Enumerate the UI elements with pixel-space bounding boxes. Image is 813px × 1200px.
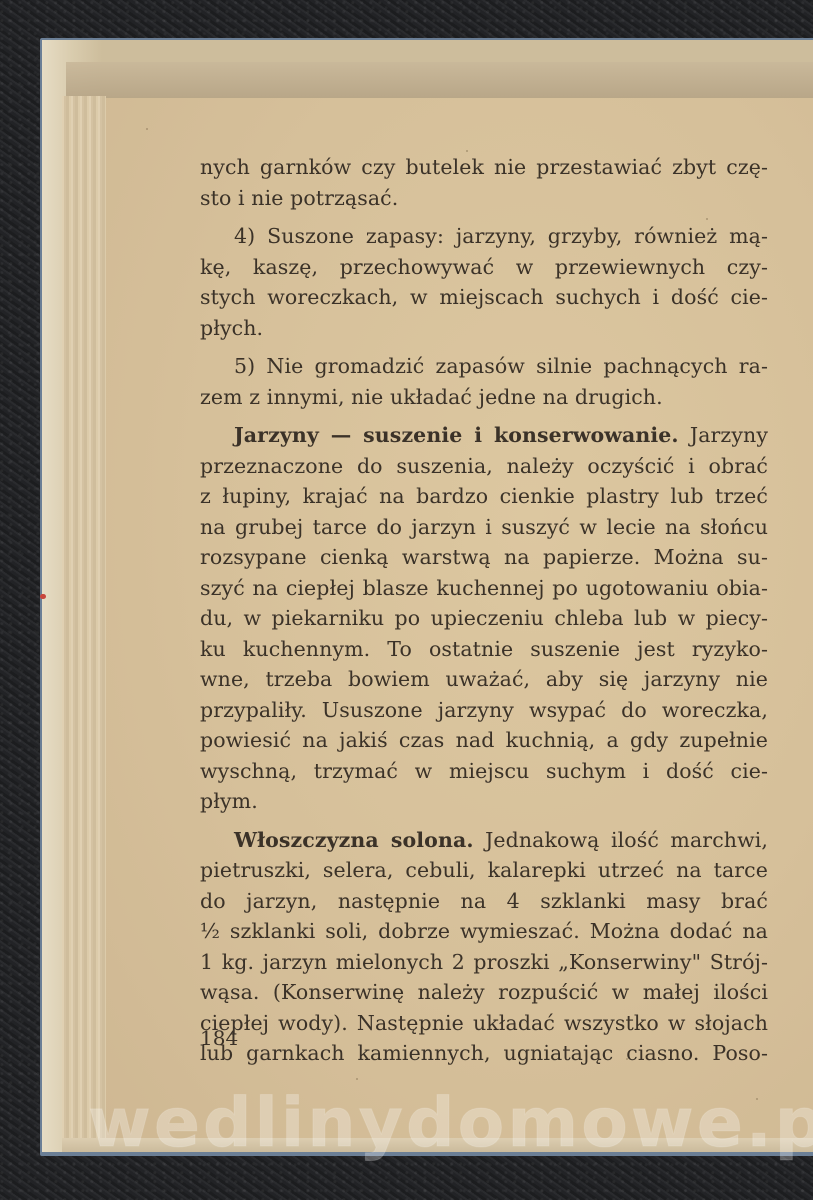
text-line: z łupiny, krajać na bardzo cienkie plast… xyxy=(200,481,768,512)
text-line: ku kuchennym. To ostatnie suszenie jest … xyxy=(200,634,768,665)
text-line: wne, trzeba bowiem uważać, aby się jarzy… xyxy=(200,664,768,695)
paragraph-wloszczyzna: Włoszczyzna solona. Jednakową ilość marc… xyxy=(200,825,768,1069)
page-body-text: nych garnków czy butelek nie przestawiać… xyxy=(200,152,768,1069)
text-line: ciepłej wody). Następnie układać wszystk… xyxy=(200,1008,768,1039)
watermark: wedlinydomowe.pl xyxy=(88,1084,813,1163)
text-fragment: Jarzyny xyxy=(690,423,768,447)
text-line: wyschną, trzymać w miejscu suchym i dość… xyxy=(200,756,768,787)
text-line: na grubej tarce do jarzyn i suszyć w lec… xyxy=(200,512,768,543)
text-line: 4) Suszone zapasy: jarzyny, grzyby, równ… xyxy=(200,221,768,252)
text-line: du, w piekarniku po upieczeniu chleba lu… xyxy=(200,603,768,634)
text-line: przypaliły. Ususzone jarzyny wsypać do w… xyxy=(200,695,768,726)
text-line: szyć na ciepłej blasze kuchennej po ugot… xyxy=(200,573,768,604)
text-line: zem z innymi, nie układać jedne na drugi… xyxy=(200,382,768,413)
paragraph-continuation: nych garnków czy butelek nie przestawiać… xyxy=(200,152,768,213)
text-line: Włoszczyzna solona. Jednakową ilość marc… xyxy=(200,825,768,856)
page-stack-edges xyxy=(62,96,106,1138)
text-fragment: Jednakową ilość marchwi, xyxy=(485,828,768,852)
text-line: kę, kaszę, przechowywać w przewiewnych c… xyxy=(200,252,768,283)
text-line: Jarzyny — suszenie i konserwowanie. Jarz… xyxy=(200,420,768,451)
text-line: ½ szklanki soli, dobrze wymieszać. Można… xyxy=(200,916,768,947)
text-line: stych woreczkach, w miejscach suchych i … xyxy=(200,282,768,313)
page-top-edge xyxy=(66,62,813,100)
page-number: 184 xyxy=(200,1026,238,1050)
paragraph-item-5: 5) Nie gromadzić zapasów silnie pachnący… xyxy=(200,351,768,412)
text-line: lub garnkach kamiennych, ugniatając cias… xyxy=(200,1038,768,1069)
text-line: powiesić na jakiś czas nad kuchnią, a gd… xyxy=(200,725,768,756)
text-line: płych. xyxy=(200,313,768,344)
text-line: wąsa. (Konserwinę należy rozpuścić w mał… xyxy=(200,977,768,1008)
text-line: 5) Nie gromadzić zapasów silnie pachnący… xyxy=(200,351,768,382)
paragraph-item-4: 4) Suszone zapasy: jarzyny, grzyby, równ… xyxy=(200,221,768,343)
red-mark xyxy=(40,594,46,599)
text-line: rozsypane cienką warstwą na papierze. Mo… xyxy=(200,542,768,573)
text-line: 1 kg. jarzyn mielonych 2 proszki „Konser… xyxy=(200,947,768,978)
text-line: do jarzyn, następnie na 4 szklanki masy … xyxy=(200,886,768,917)
paragraph-jarzyny: Jarzyny — suszenie i konserwowanie. Jarz… xyxy=(200,420,768,817)
text-line: nych garnków czy butelek nie przestawiać… xyxy=(200,152,768,183)
section-heading-jarzyny: Jarzyny — suszenie i konserwowanie. xyxy=(234,423,679,447)
text-line: płym. xyxy=(200,786,768,817)
text-line: sto i nie potrząsać. xyxy=(200,183,768,214)
section-heading-wloszczyzna: Włoszczyzna solona. xyxy=(234,828,474,852)
text-line: pietruszki, selera, cebuli, kalarepki ut… xyxy=(200,855,768,886)
text-line: przeznaczone do suszenia, należy oczyści… xyxy=(200,451,768,482)
